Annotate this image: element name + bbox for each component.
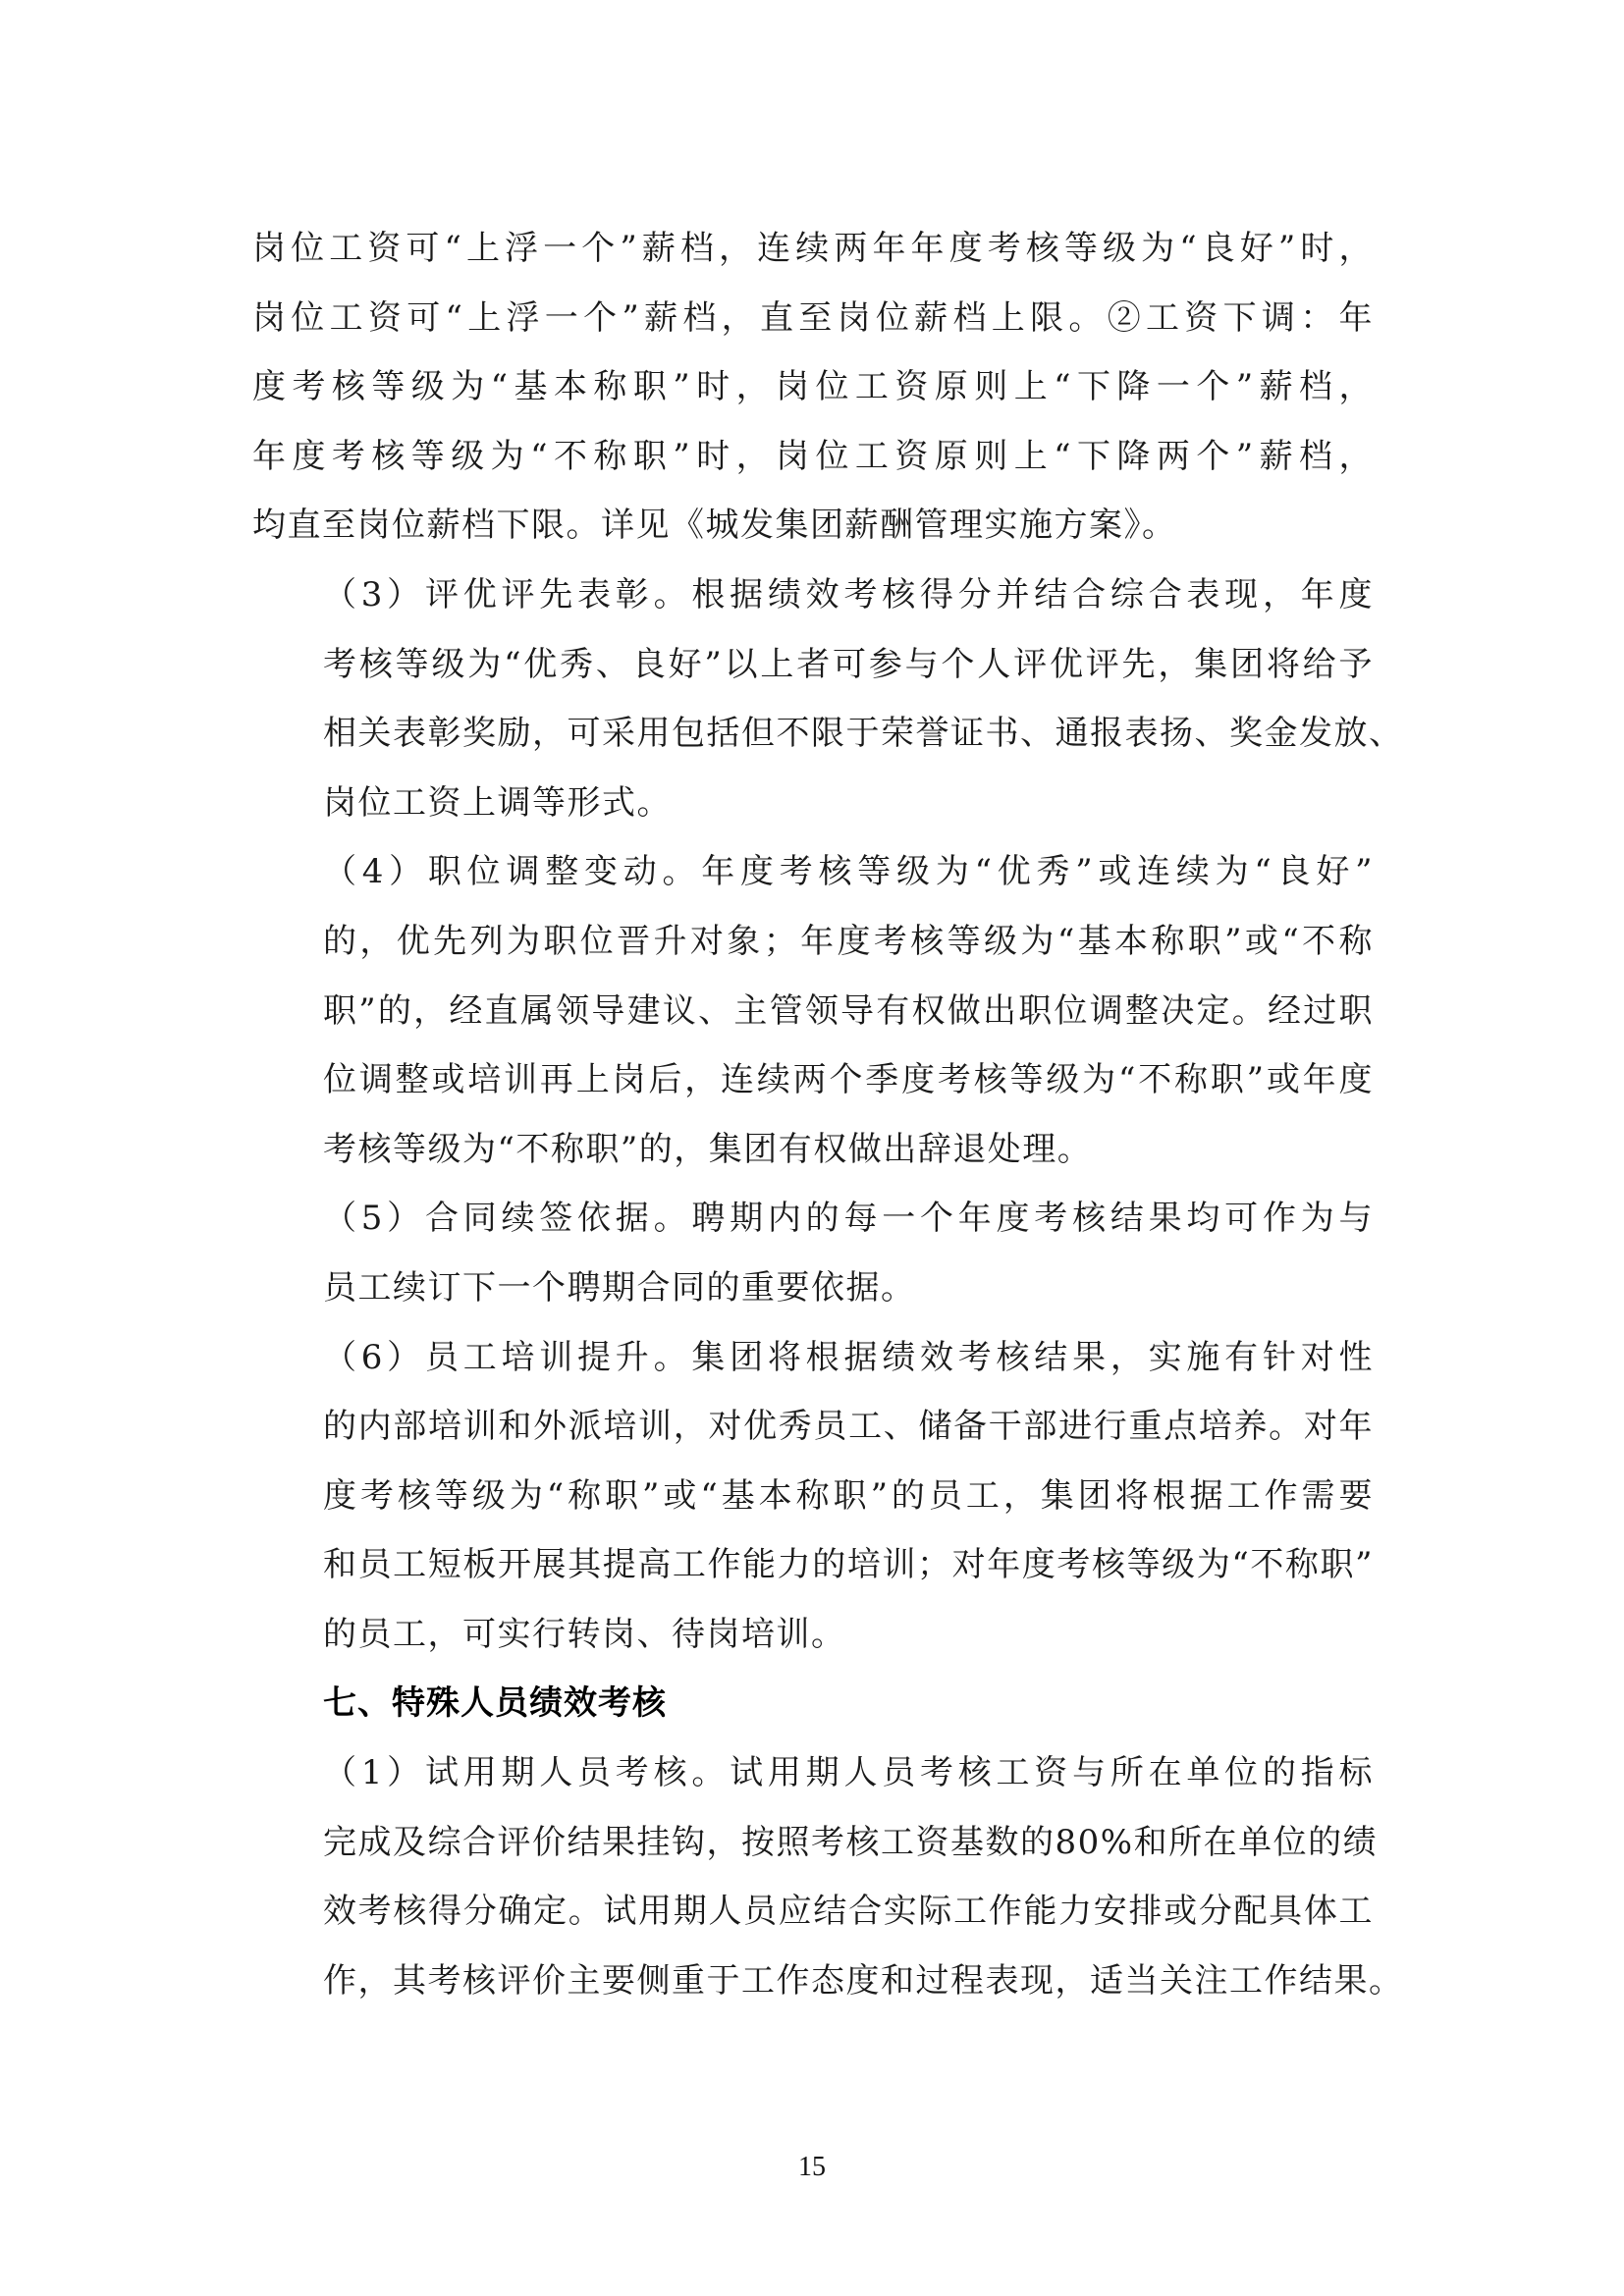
text-line: 职”的，经直属领导建议、主管领导有权做出职位调整决定。经过职 (252, 977, 1374, 1046)
text-line: 度考核等级为“基本称职”时，岗位工资原则上“下降一个”薪档， (252, 352, 1374, 422)
paragraph-item-6-training: （6）员工培训提升。集团将根据绩效考核结果，实施有针对性 的内部培训和外派培训，… (252, 1323, 1374, 1670)
paragraph-salary-adjustment-continuation: 岗位工资可“上浮一个”薪档，连续两年年度考核等级为“良好”时， 岗位工资可“上浮… (252, 214, 1374, 561)
text-line: （6）员工培训提升。集团将根据绩效考核结果，实施有针对性 (252, 1323, 1374, 1393)
page-number: 15 (0, 2152, 1624, 2183)
text-line: 完成及综合评价结果挂钩，按照考核工资基数的80%和所在单位的绩 (252, 1808, 1374, 1878)
text-line: 均直至岗位薪档下限。详见《城发集团薪酬管理实施方案》。 (252, 491, 1374, 561)
text-line: 和员工短板开展其提高工作能力的培训；对年度考核等级为“不称职” (252, 1530, 1374, 1600)
text-line: （5）合同续签依据。聘期内的每一个年度考核结果均可作为与 (252, 1184, 1374, 1254)
paragraph-probation-assessment: （1）试用期人员考核。试用期人员考核工资与所在单位的指标 完成及综合评价结果挂钩… (252, 1738, 1374, 2015)
page-body: 岗位工资可“上浮一个”薪档，连续两年年度考核等级为“良好”时， 岗位工资可“上浮… (252, 214, 1374, 2015)
text-line: 岗位工资上调等形式。 (252, 769, 1374, 838)
paragraph-item-3-awards: （3）评优评先表彰。根据绩效考核得分并结合综合表现，年度 考核等级为“优秀、良好… (252, 561, 1374, 837)
text-line: 作，其考核评价主要侧重于工作态度和过程表现，适当关注工作结果。 (252, 1947, 1374, 2016)
text-line: 岗位工资可“上浮一个”薪档，直至岗位薪档上限。②工资下调：年 (252, 284, 1374, 353)
text-line: 考核等级为“不称职”的，集团有权做出辞退处理。 (252, 1115, 1374, 1185)
text-line: 年度考核等级为“不称职”时，岗位工资原则上“下降两个”薪档， (252, 422, 1374, 492)
text-line: 的，优先列为职位晋升对象；年度考核等级为“基本称职”或“不称 (252, 907, 1374, 977)
text-line: 员工续订下一个聘期合同的重要依据。 (252, 1254, 1374, 1323)
section-heading: 七、特殊人员绩效考核 (252, 1669, 1374, 1738)
text-line: （1）试用期人员考核。试用期人员考核工资与所在单位的指标 (252, 1738, 1374, 1808)
text-line: （3）评优评先表彰。根据绩效考核得分并结合综合表现，年度 (252, 561, 1374, 630)
text-line: 效考核得分确定。试用期人员应结合实际工作能力安排或分配具体工 (252, 1877, 1374, 1947)
text-line: 位调整或培训再上岗后，连续两个季度考核等级为“不称职”或年度 (252, 1045, 1374, 1115)
text-line: 的内部培训和外派培训，对优秀员工、储备干部进行重点培养。对年 (252, 1392, 1374, 1462)
document-page: 岗位工资可“上浮一个”薪档，连续两年年度考核等级为“良好”时， 岗位工资可“上浮… (0, 0, 1624, 2296)
text-line: 考核等级为“优秀、良好”以上者可参与个人评优评先，集团将给予 (252, 630, 1374, 700)
text-line: 度考核等级为“称职”或“基本称职”的员工，集团将根据工作需要 (252, 1462, 1374, 1531)
text-line: 岗位工资可“上浮一个”薪档，连续两年年度考核等级为“良好”时， (252, 214, 1374, 284)
paragraph-item-5-contract-renewal: （5）合同续签依据。聘期内的每一个年度考核结果均可作为与 员工续订下一个聘期合同… (252, 1184, 1374, 1322)
text-line: （4）职位调整变动。年度考核等级为“优秀”或连续为“良好” (252, 837, 1374, 907)
text-line: 的员工，可实行转岗、待岗培训。 (252, 1600, 1374, 1670)
paragraph-item-4-position-change: （4）职位调整变动。年度考核等级为“优秀”或连续为“良好” 的，优先列为职位晋升… (252, 837, 1374, 1184)
text-line: 相关表彰奖励，可采用包括但不限于荣誉证书、通报表扬、奖金发放、 (252, 699, 1374, 769)
